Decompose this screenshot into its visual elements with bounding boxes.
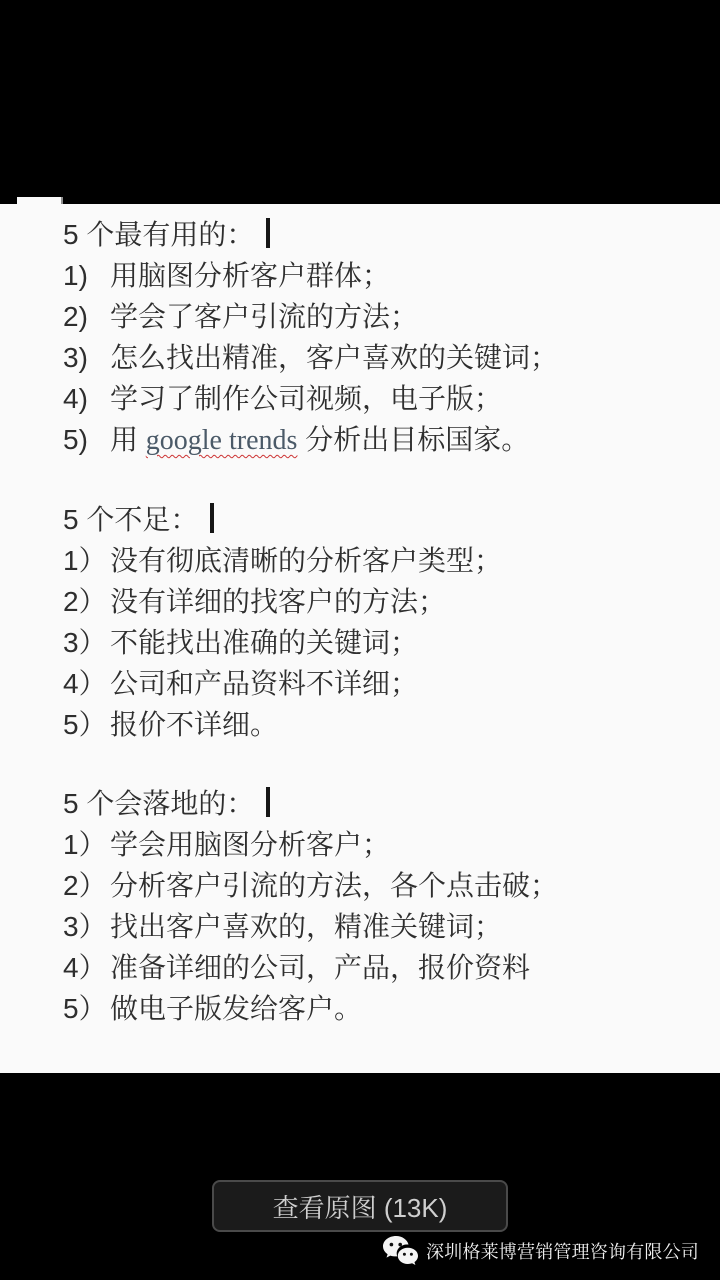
document-photo: 5 个最有用的： 1) 用脑图分析客户群体； 2) 学会了客户引流的方法； 3)…: [0, 204, 720, 1073]
list-item-number: 5）: [63, 988, 110, 1029]
document-section: 5 个最有用的： 1) 用脑图分析客户群体； 2) 学会了客户引流的方法； 3)…: [63, 214, 720, 461]
text-run: 学会了客户引流的方法；: [110, 301, 418, 332]
list-item-text: 报价不详细。: [110, 704, 278, 745]
list-item-number: 3）: [63, 906, 110, 947]
text-cursor: [266, 218, 270, 248]
section-title: 5 个会落地的：: [63, 788, 254, 819]
list-item-number: 1）: [63, 824, 110, 865]
list-item-number: 1): [63, 255, 110, 296]
text-run: 用: [110, 424, 146, 455]
list-item: 3） 找出客户喜欢的，精准关键词；: [63, 906, 720, 947]
list-item: 1） 学会用脑图分析客户；: [63, 824, 720, 865]
list-item-text: 不能找出准确的关键词；: [110, 622, 418, 663]
text-run: 公司和产品资料不详细；: [110, 668, 418, 699]
list-item-text: 用脑图分析客户群体；: [110, 255, 390, 296]
list-item-number: 3）: [63, 622, 110, 663]
list-item-text: 分析客户引流的方法，各个点击破；: [110, 865, 558, 906]
watermark: 深圳格莱博营销管理咨询有限公司: [382, 1232, 699, 1270]
text-run: 没有彻底清晰的分析客户类型；: [110, 545, 502, 576]
list-item-number: 5）: [63, 704, 110, 745]
list-item-text: 学会用脑图分析客户；: [110, 824, 390, 865]
text-cursor: [266, 787, 270, 817]
list-item: 2） 分析客户引流的方法，各个点击破；: [63, 865, 720, 906]
watermark-company-name: 深圳格莱博营销管理咨询有限公司: [426, 1238, 699, 1264]
list-item: 2） 没有详细的找客户的方法；: [63, 581, 720, 622]
list-item-text: 学会了客户引流的方法；: [110, 296, 418, 337]
list-item: 4） 准备详细的公司，产品，报价资料: [63, 947, 720, 988]
document-section: 5 个会落地的： 1） 学会用脑图分析客户； 2） 分析客户引流的方法，各个点击…: [63, 783, 720, 1029]
list-item: 4） 公司和产品资料不详细；: [63, 663, 720, 704]
text-run: 学会用脑图分析客户；: [110, 829, 390, 860]
list-item: 1） 没有彻底清晰的分析客户类型；: [63, 540, 720, 581]
list-item: 5) 用 google trends 分析出目标国家。: [63, 419, 720, 461]
text-run: 分析出目标国家。: [297, 424, 529, 455]
list-item-text: 用 google trends 分析出目标国家。: [110, 419, 529, 461]
misspelled-latin-text: google trends: [146, 425, 298, 456]
list-item: 4) 学习了制作公司视频，电子版；: [63, 378, 720, 419]
list-item-number: 3): [63, 337, 110, 378]
list-item-number: 4）: [63, 947, 110, 988]
document-section: 5 个不足： 1） 没有彻底清晰的分析客户类型； 2） 没有详细的找客户的方法；…: [63, 499, 720, 745]
list-item-number: 2）: [63, 865, 110, 906]
wechat-logo-icon: [382, 1235, 419, 1268]
text-run: 学习了制作公司视频，电子版；: [110, 383, 502, 414]
list-item-text: 准备详细的公司，产品，报价资料: [110, 947, 530, 988]
text-run: 找出客户喜欢的，精准关键词；: [110, 911, 502, 942]
list-item-text: 做电子版发给客户。: [110, 988, 362, 1029]
section-title: 5 个最有用的：: [63, 219, 254, 250]
list-item-number: 4): [63, 378, 110, 419]
list-item-text: 学习了制作公司视频，电子版；: [110, 378, 502, 419]
list-item: 1) 用脑图分析客户群体；: [63, 255, 720, 296]
list-item-text: 公司和产品资料不详细；: [110, 663, 418, 704]
list-item-number: 2): [63, 296, 110, 337]
list-item-text: 怎么找出精准，客户喜欢的关键词；: [110, 337, 558, 378]
section-title: 5 个不足：: [63, 504, 198, 535]
text-run: 做电子版发给客户。: [110, 993, 362, 1024]
text-cursor: [210, 503, 214, 533]
list-item: 2) 学会了客户引流的方法；: [63, 296, 720, 337]
list-item: 3) 怎么找出精准，客户喜欢的关键词；: [63, 337, 720, 378]
list-item-number: 5): [63, 419, 110, 460]
list-item-number: 4）: [63, 663, 110, 704]
text-run: 报价不详细。: [110, 709, 278, 740]
text-run: 不能找出准确的关键词；: [110, 627, 418, 658]
view-original-image-button[interactable]: 查看原图 (13K): [212, 1180, 508, 1232]
text-run: 准备详细的公司，产品，报价资料: [110, 952, 530, 983]
list-item-text: 找出客户喜欢的，精准关键词；: [110, 906, 502, 947]
text-run: 用脑图分析客户群体；: [110, 260, 390, 291]
text-run: 分析客户引流的方法，各个点击破；: [110, 870, 558, 901]
text-run: 没有详细的找客户的方法；: [110, 586, 446, 617]
list-item-number: 2）: [63, 581, 110, 622]
list-item-number: 1）: [63, 540, 110, 581]
list-item: 3） 不能找出准确的关键词；: [63, 622, 720, 663]
document-content: 5 个最有用的： 1) 用脑图分析客户群体； 2) 学会了客户引流的方法； 3)…: [0, 204, 720, 1029]
list-item: 5） 报价不详细。: [63, 704, 720, 745]
list-item-text: 没有彻底清晰的分析客户类型；: [110, 540, 502, 581]
text-run: 怎么找出精准，客户喜欢的关键词；: [110, 342, 558, 373]
list-item: 5） 做电子版发给客户。: [63, 988, 720, 1029]
list-item-text: 没有详细的找客户的方法；: [110, 581, 446, 622]
